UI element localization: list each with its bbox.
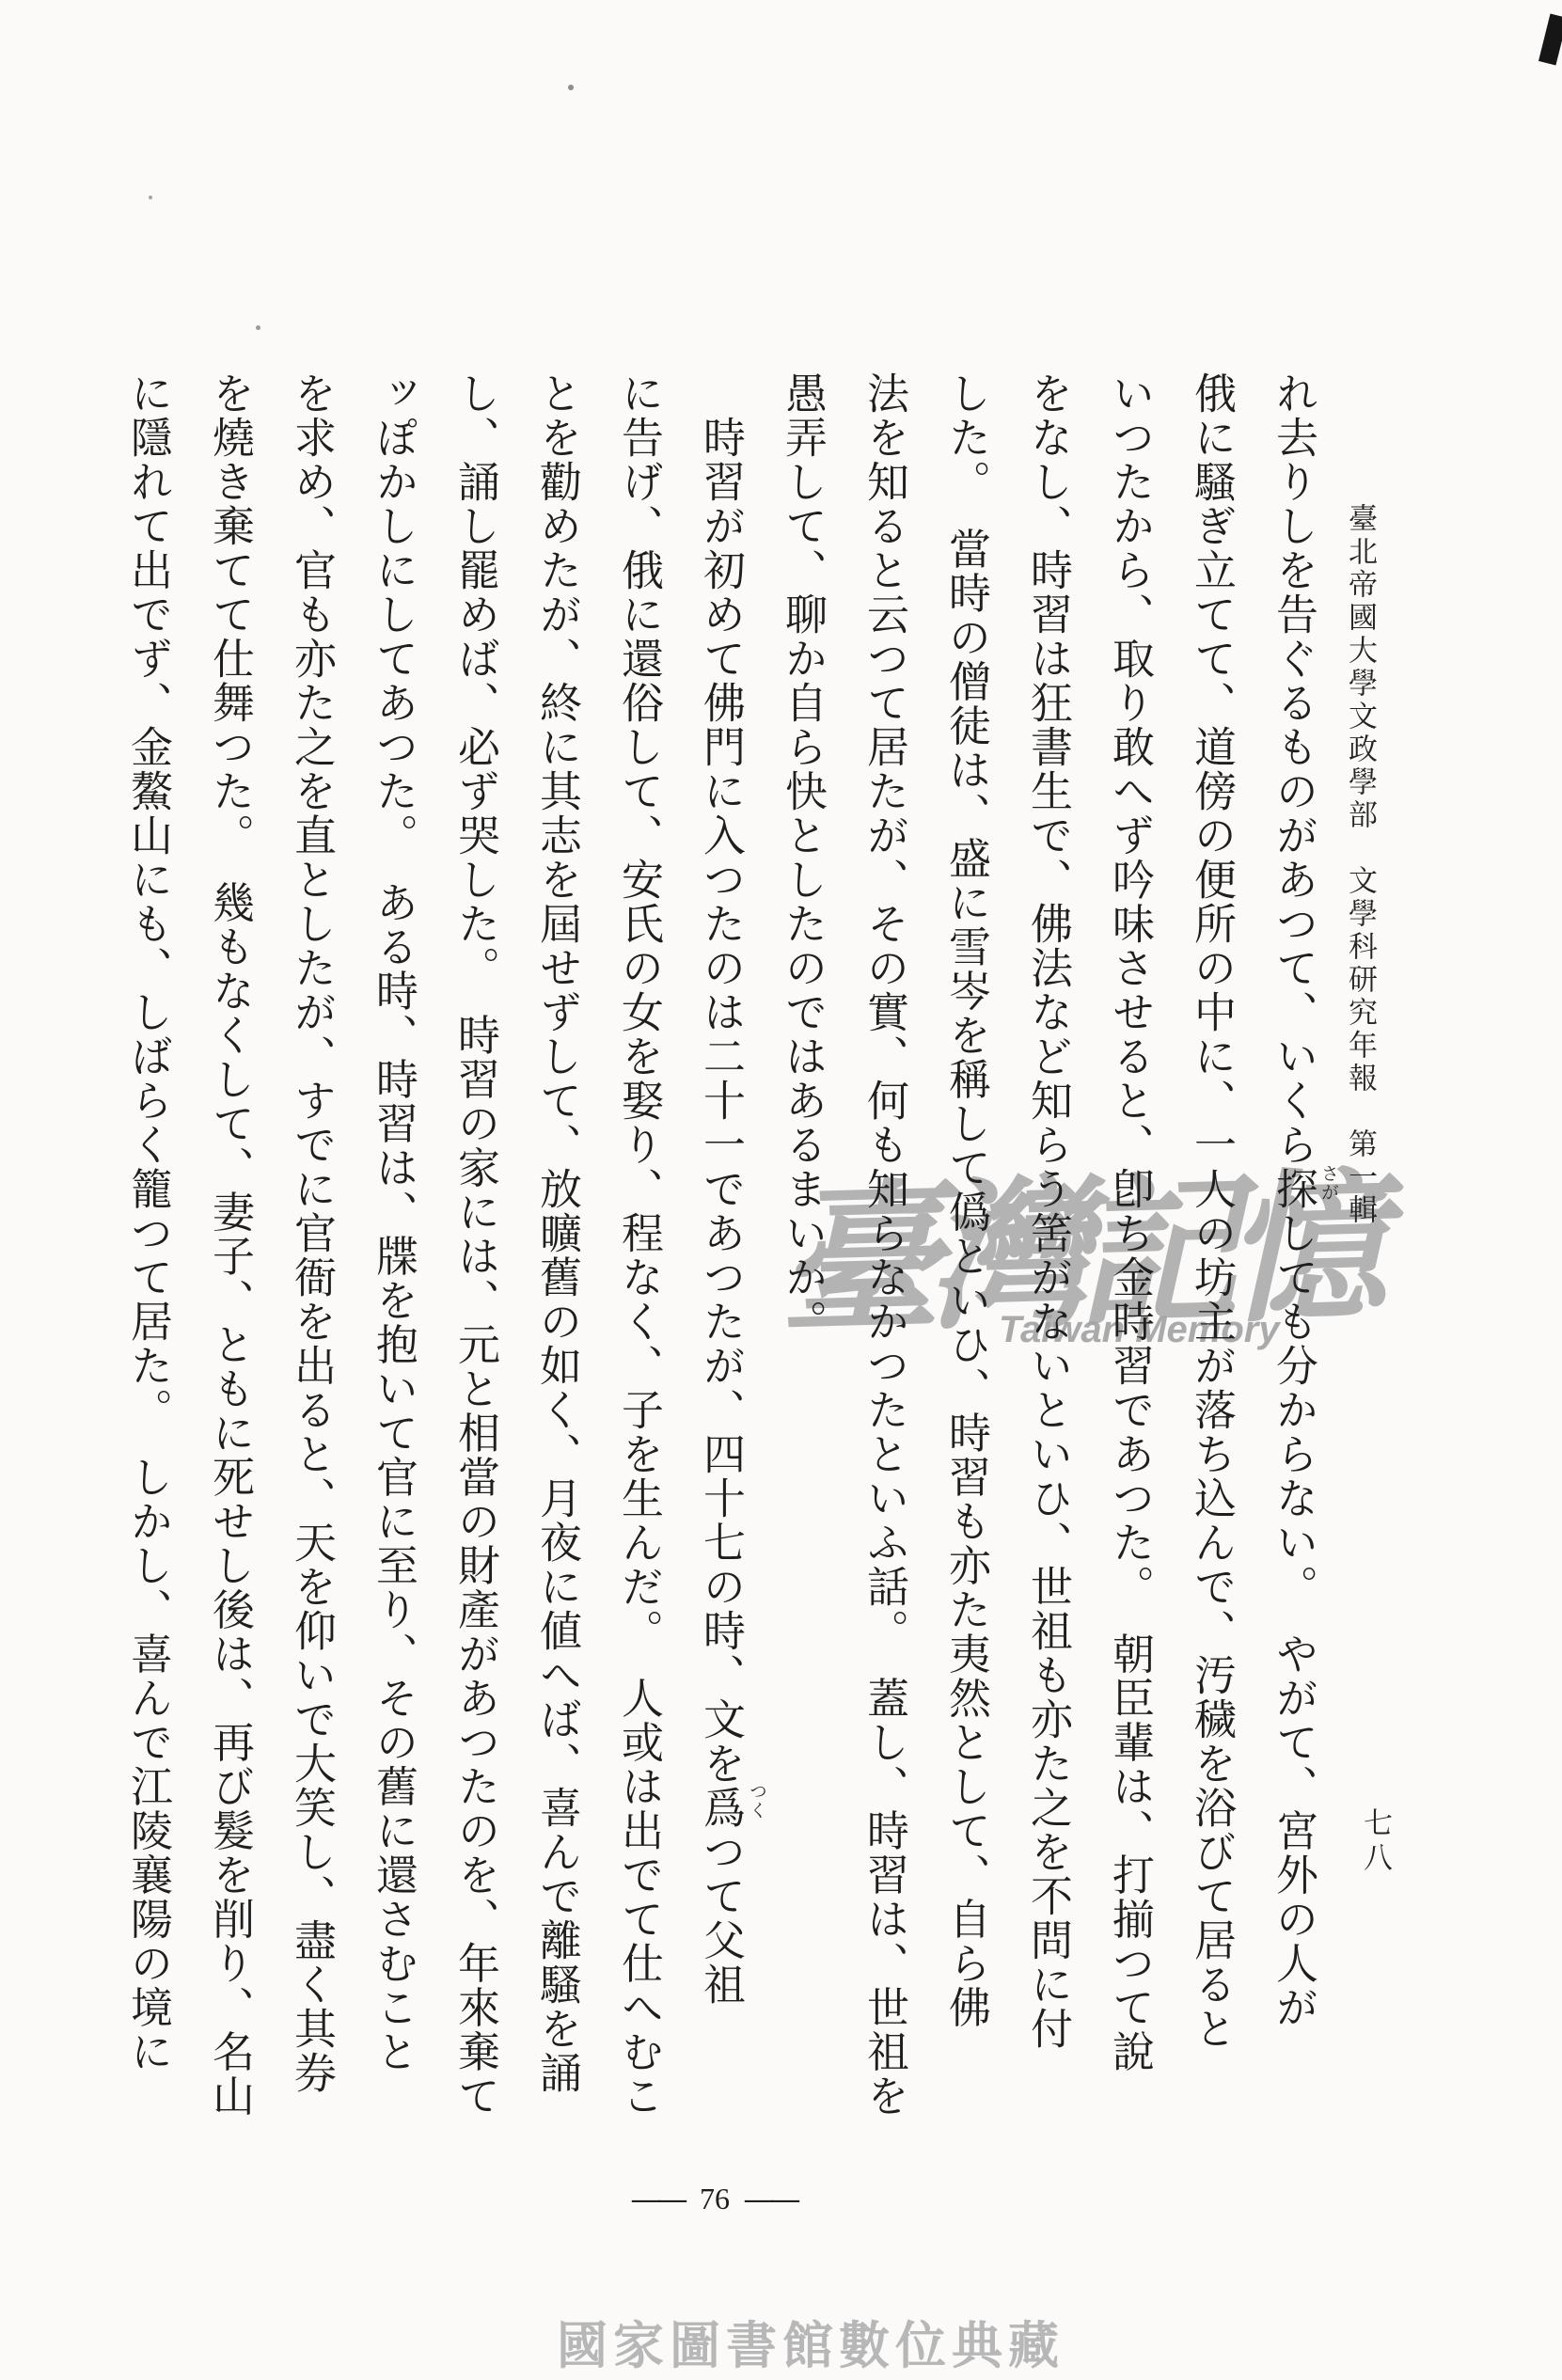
scan-speck xyxy=(149,196,152,199)
text-column: とを勸めたが、終に其志を屆せずして、放曠舊の如く、月夜に値へば、喜んで離騷を誦 xyxy=(515,371,597,2139)
text-column: した。 當時の僧徒は、盛に雪岑を稱して僞といひ、時習も亦た夷然として、自ら佛 xyxy=(924,371,1006,2139)
text-column: し、誦し罷めば、必ず哭した。 時習の家には、元と相當の財產があつたのを、年來棄て xyxy=(434,371,515,2139)
text-column: いつたから、取り敢へず吟味させると、卽ち金時習であつた。 朝臣輩は、打揃つて說 xyxy=(1088,371,1170,2139)
body-text-block: れ去りしを告ぐるものがあつて、いくら探しても分からない。 やがて、宮外の人が俄に… xyxy=(107,371,1333,2139)
digital-archive-stamp: 國家圖書館數位典藏 xyxy=(557,2306,1065,2378)
furigana-saga: さが xyxy=(1316,1164,1341,1230)
text-column: を求め、官も亦た之を直としたが、すでに官衙を出ると、天を仰いで大笑し、盡く其券 xyxy=(270,371,352,2139)
page-footer: ―― 76 ―― xyxy=(574,2182,856,2216)
scanned-document-page: 臺灣記憶 Taiwan Memory 臺北帝國大學文政學部 文學科研究年報 第一… xyxy=(0,0,1562,2380)
scan-speck xyxy=(256,325,260,330)
text-column: 法を知ると云つて居たが、その實、何も知らなかつたといふ話。 蓋し、時習は、世祖を xyxy=(843,371,924,2139)
furigana-tsuku: つく xyxy=(744,1782,769,1848)
text-column: ッぽかしにしてあつた。 ある時、時習は、牒を抱いて官に至り、その舊に還さむこと xyxy=(352,371,434,2139)
scan-speck xyxy=(1538,13,1562,65)
text-column: をなし、時習は狂書生で、佛法など知らう筈がないといひ、世祖も亦た之を不問に付 xyxy=(1006,371,1088,2139)
text-column: 俄に騷ぎ立てて、道傍の便所の中に、一人の坊主が落ち込んで、汚穢を浴びて居ると xyxy=(1170,371,1252,2139)
text-column: 時習が初めて佛門に入つたのは二十一であつたが、四十七の時、文を爲つて父祖 xyxy=(679,371,761,2139)
scan-speck xyxy=(568,85,574,90)
footer-page-number: 76 xyxy=(700,2182,730,2216)
text-column: に告げ、俄に還俗して、安氏の女を娶り、程なく、子を生んだ。 人或は出でて仕へむこ xyxy=(597,371,679,2139)
footer-dash-left: ―― xyxy=(632,2183,685,2215)
journal-header-column: 臺北帝國大學文政學部 文學科研究年報 第一輯 xyxy=(1335,503,1384,1274)
footer-dash-right: ―― xyxy=(745,2183,797,2215)
text-column: 愚弄して、聊か自ら快としたのではあるまいか。 xyxy=(761,371,843,2139)
folio-number-kanji: 七八 xyxy=(1354,1807,1396,1920)
text-column: に隱れて出でず、金鰲山にも、しばらく籠つて居た。 しかし、喜んで江陵襄陽の境に xyxy=(106,371,188,2139)
text-column: を燒き棄てて仕舞つた。 幾もなくして、妻子、ともに死せし後は、再び髮を削り、名山 xyxy=(188,371,270,2139)
text-column: れ去りしを告ぐるものがあつて、いくら探しても分からない。 やがて、宮外の人が xyxy=(1252,371,1333,2139)
